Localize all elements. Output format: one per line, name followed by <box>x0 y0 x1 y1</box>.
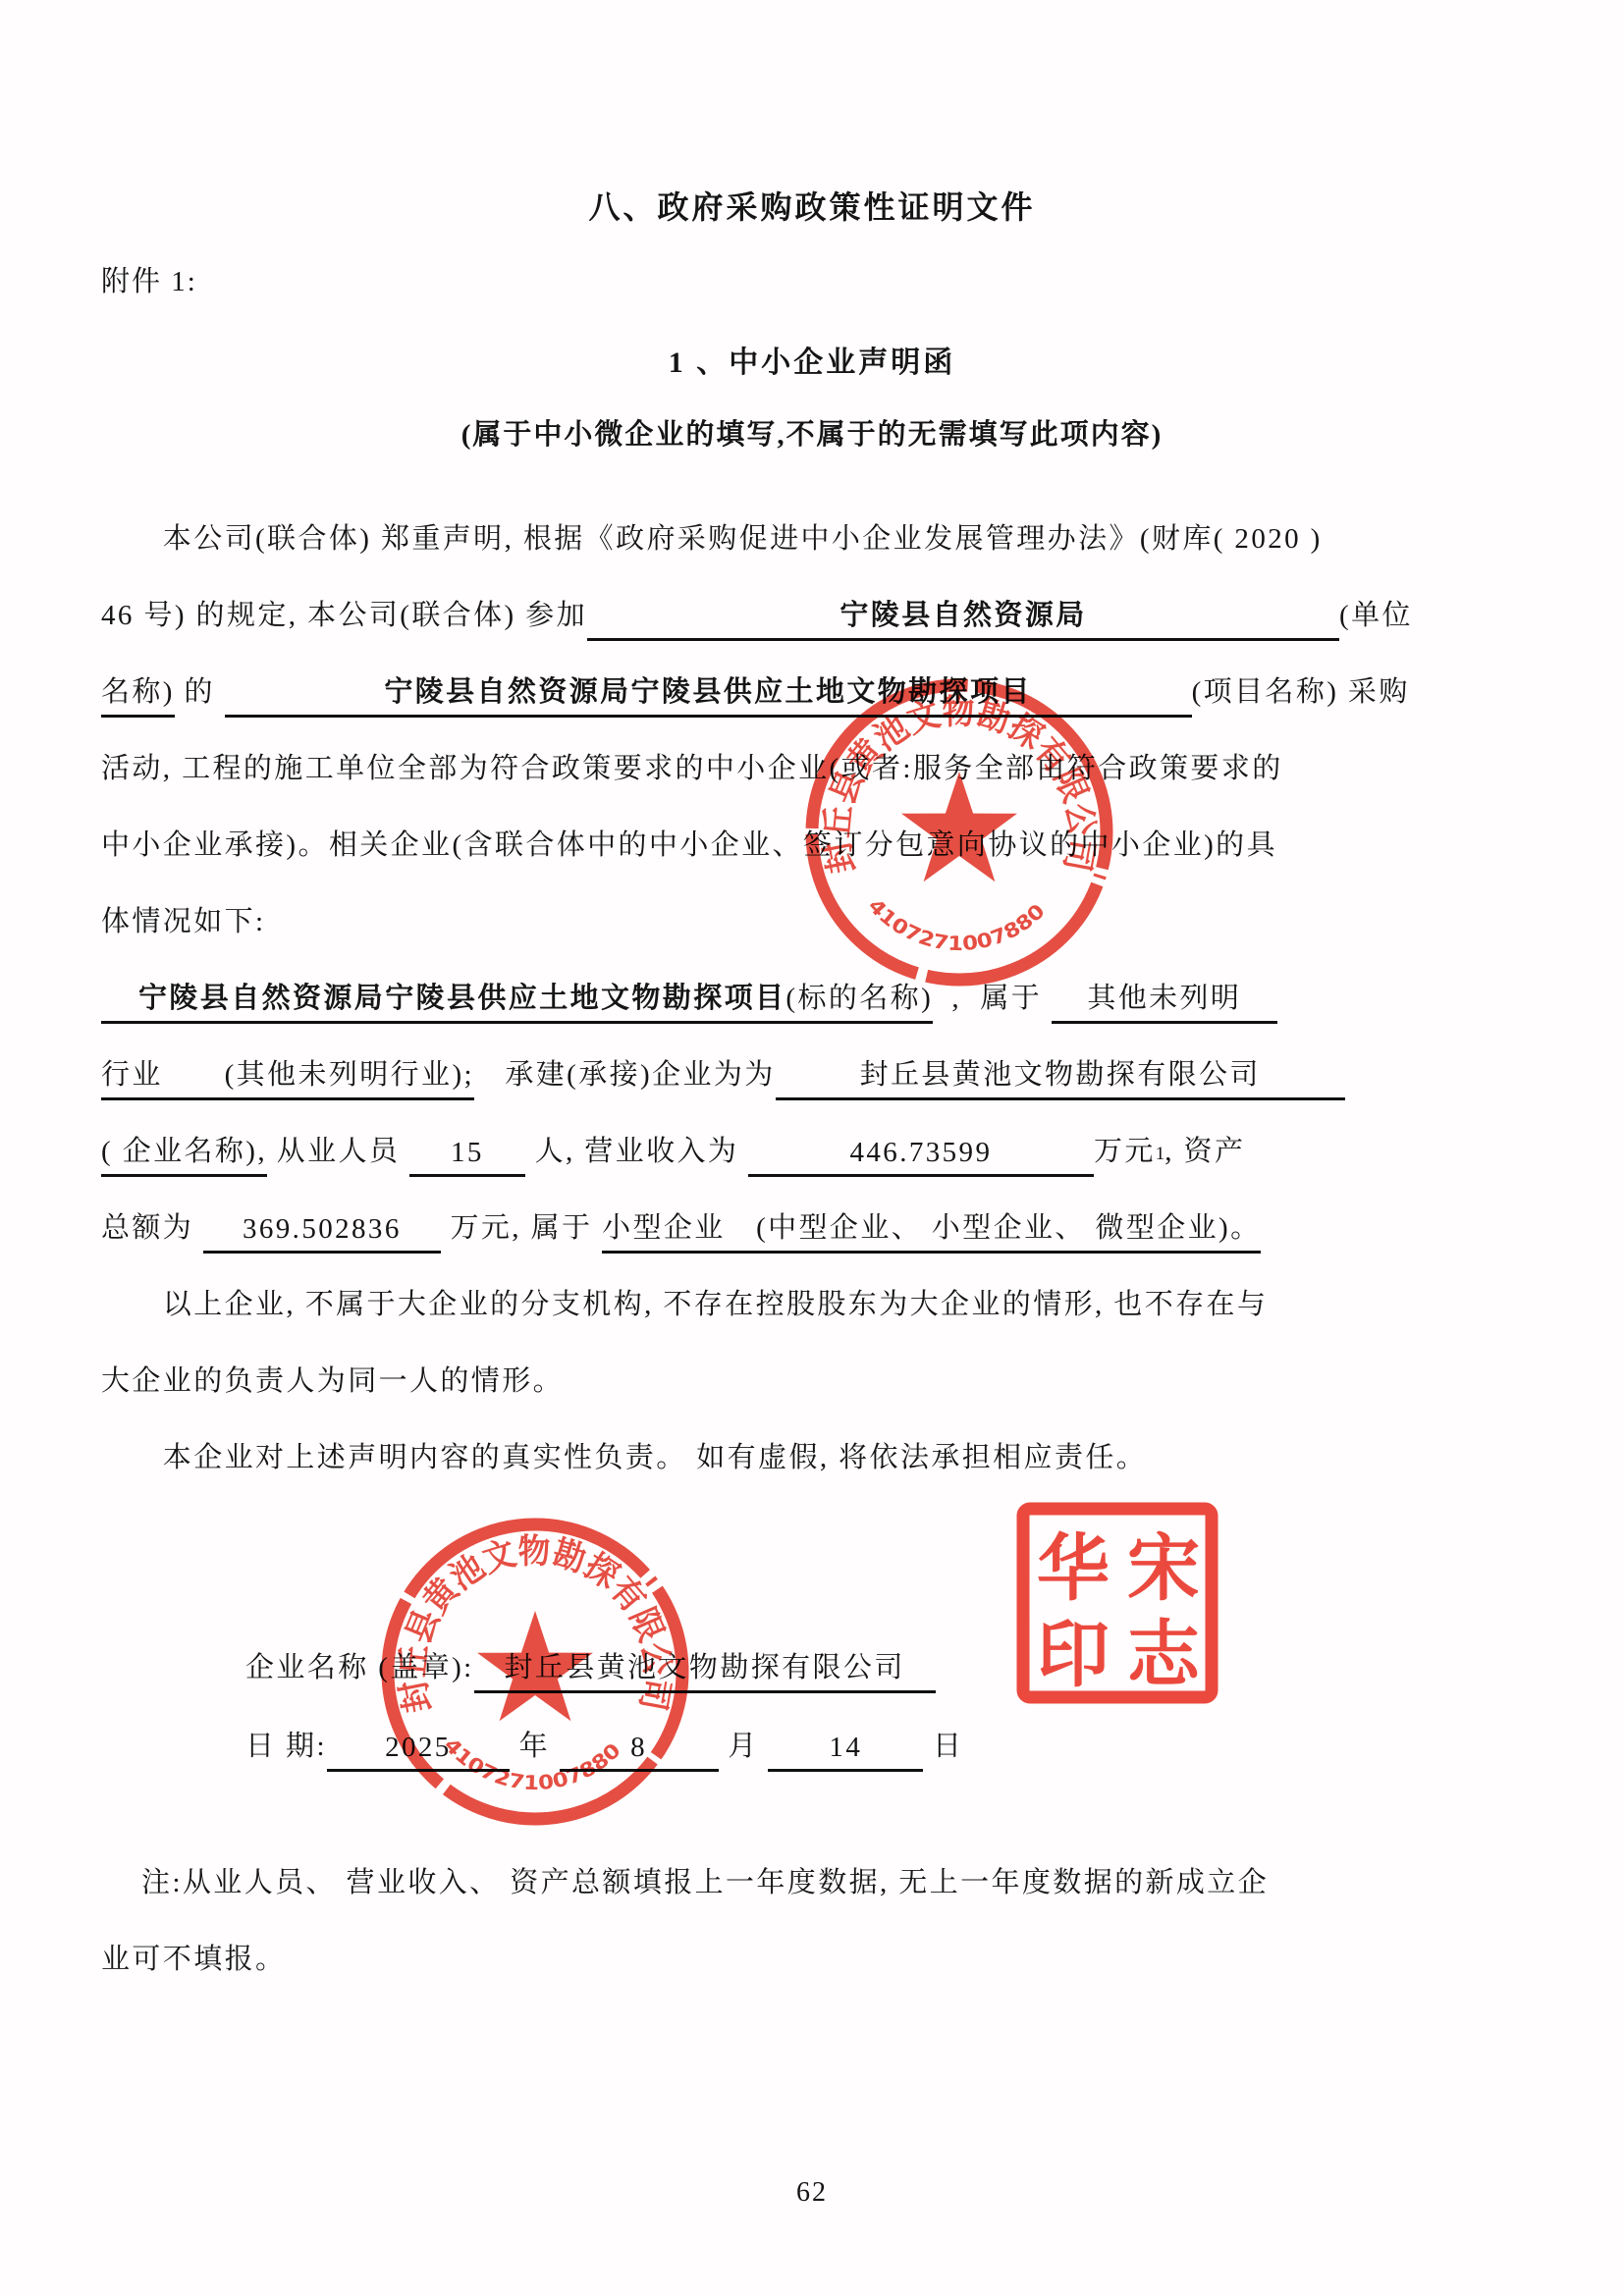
text-segment: 年 <box>510 1724 560 1772</box>
body-line: ( 企业名称), 从业人员 15 人, 营业收入为 446.73599万元1, … <box>101 1100 1527 1177</box>
body-line: 体情况如下: <box>101 871 1527 947</box>
note-block: 注:从业人员、 营业收入、 资产总额填报上一年度数据, 无上一年度数据的新成立企… <box>101 1832 1527 1985</box>
note-line: 业可不填报。 <box>101 1908 1527 1985</box>
text-segment: 的 <box>175 669 225 718</box>
text-segment: (项目名称) 采购 <box>1192 669 1410 718</box>
body-line: 名称) 的 宁陵县自然资源局宁陵县供应土地文物勘探项目(项目名称) 采购 <box>101 641 1527 718</box>
body-line: 以上企业, 不属于大企业的分支机构, 不存在控股股东为大企业的情形, 也不存在与 <box>101 1254 1527 1330</box>
text-segment: 体情况如下: <box>101 899 265 947</box>
text-segment: 注:从业人员、 营业收入、 资产总额填报上一年度数据, 无上一年度数据的新成立企 <box>101 1860 1269 1908</box>
body-line: 行业 (其他未列明行业); 承建(承接)企业为为封丘县黄池文物勘探有限公司 <box>101 1024 1527 1100</box>
text-segment: 总额为 <box>101 1205 203 1254</box>
body-line: 中小企业承接)。相关企业(含联合体中的中小企业、签订分包意向协议的中小企业)的具 <box>101 794 1527 871</box>
text-segment: 2025 <box>327 1732 510 1772</box>
body-line: 本企业对上述声明内容的真实性负责。 如有虚假, 将依法承担相应责任。 <box>101 1407 1527 1483</box>
text-segment: 日 期: <box>245 1724 327 1772</box>
text-segment: 承建(承接)企业为为 <box>474 1052 776 1100</box>
text-segment: 宁陵县自然资源局宁陵县供应土地文物勘探项目 <box>225 669 1192 718</box>
text-segment: (标的名称) <box>785 976 933 1024</box>
text-segment: 活动, 工程的施工单位全部为符合政策要求的中小企业(或者:服务全部由符合政策要求… <box>101 746 1283 794</box>
text-segment: 其他未列明 <box>1052 976 1277 1024</box>
text-segment: 从业人员 <box>267 1129 409 1177</box>
text-segment: 446.73599 <box>748 1137 1094 1177</box>
section-heading: 1 、中小企业声明函 <box>0 338 1624 381</box>
signature-line: 企业名称 (盖章):封丘县黄池文物勘探有限公司 <box>245 1615 1326 1693</box>
text-segment: 8 <box>560 1732 719 1772</box>
signature-block: 企业名称 (盖章):封丘县黄池文物勘探有限公司日 期:2025 年 8 月 14… <box>245 1615 1326 1772</box>
text-segment: 封丘县黄池文物勘探有限公司 <box>776 1052 1345 1100</box>
page-title: 八、政府采购政策性证明文件 <box>0 183 1624 228</box>
section-subheading: (属于中小微企业的填写,不属于的无需填写此项内容) <box>0 412 1624 453</box>
text-segment: 中小企业承接)。相关企业(含联合体中的中小企业、签订分包意向协议的中小企业)的具 <box>101 823 1277 871</box>
text-segment: 封丘县黄池文物勘探有限公司 <box>474 1645 936 1693</box>
text-segment: 宁陵县自然资源局 <box>587 593 1339 641</box>
document-page: 八、政府采购政策性证明文件 附件 1: 1 、中小企业声明函 (属于中小微企业的… <box>0 0 1624 2296</box>
signature-line: 日 期:2025 年 8 月 14 日 <box>245 1693 1326 1772</box>
body-line: 宁陵县自然资源局宁陵县供应土地文物勘探项目(标的名称) , 属于 其他未列明 <box>101 947 1527 1024</box>
text-segment: 行业 (其他未列明行业); <box>101 1052 474 1100</box>
text-segment: 小型企业 (中型企业、 小型企业、 微型企业)。 <box>602 1205 1261 1254</box>
text-segment: 369.502836 <box>203 1213 441 1254</box>
text-segment: 人, 营业收入为 <box>525 1129 748 1177</box>
text-segment: 46 号) 的规定, 本公司(联合体) 参加 <box>101 593 587 641</box>
note-line: 注:从业人员、 营业收入、 资产总额填报上一年度数据, 无上一年度数据的新成立企 <box>101 1832 1527 1908</box>
attachment-label: 附件 1: <box>101 259 197 299</box>
text-segment: 14 <box>768 1732 923 1772</box>
declaration-body: 本公司(联合体) 郑重声明, 根据《政府采购促进中小企业发展管理办法》(财库( … <box>101 488 1527 1483</box>
text-segment: 本企业对上述声明内容的真实性负责。 如有虚假, 将依法承担相应责任。 <box>101 1435 1147 1483</box>
text-segment: 宁陵县自然资源局宁陵县供应土地文物勘探项目 <box>138 976 785 1024</box>
text-segment: 名称) <box>101 669 175 718</box>
text-segment: 业可不填报。 <box>101 1937 286 1985</box>
text-segment: 大企业的负责人为同一人的情形。 <box>101 1359 564 1407</box>
text-segment <box>101 1016 138 1024</box>
body-line: 46 号) 的规定, 本公司(联合体) 参加宁陵县自然资源局(单位 <box>101 564 1527 641</box>
text-segment: , 资产 <box>1164 1129 1245 1177</box>
personal-seal-char: 华 <box>1037 1529 1110 1610</box>
text-segment: 万元, 属于 <box>441 1205 602 1254</box>
body-line: 大企业的负责人为同一人的情形。 <box>101 1330 1527 1407</box>
text-segment: ( 企业名称), <box>101 1129 267 1177</box>
text-segment: , 属于 <box>933 976 1052 1024</box>
text-segment: 万元 <box>1094 1129 1156 1177</box>
text-segment: 企业名称 (盖章): <box>245 1645 474 1693</box>
text-segment: 本公司(联合体) 郑重声明, 根据《政府采购促进中小企业发展管理办法》(财库( … <box>101 516 1323 564</box>
text-segment: 以上企业, 不属于大企业的分支机构, 不存在控股股东为大企业的情形, 也不存在与 <box>101 1282 1268 1330</box>
body-line: 总额为 369.502836 万元, 属于 小型企业 (中型企业、 小型企业、 … <box>101 1177 1527 1254</box>
text-segment: 日 <box>923 1724 963 1772</box>
body-line: 本公司(联合体) 郑重声明, 根据《政府采购促进中小企业发展管理办法》(财库( … <box>101 488 1527 564</box>
text-segment: 15 <box>409 1137 525 1177</box>
text-segment: (单位 <box>1339 593 1413 641</box>
text-segment: 月 <box>719 1724 769 1772</box>
body-line: 活动, 工程的施工单位全部为符合政策要求的中小企业(或者:服务全部由符合政策要求… <box>101 718 1527 794</box>
text-segment: 1 <box>1156 1144 1165 1177</box>
page-number: 62 <box>0 2177 1624 2209</box>
personal-seal-char: 宋 <box>1127 1529 1200 1610</box>
